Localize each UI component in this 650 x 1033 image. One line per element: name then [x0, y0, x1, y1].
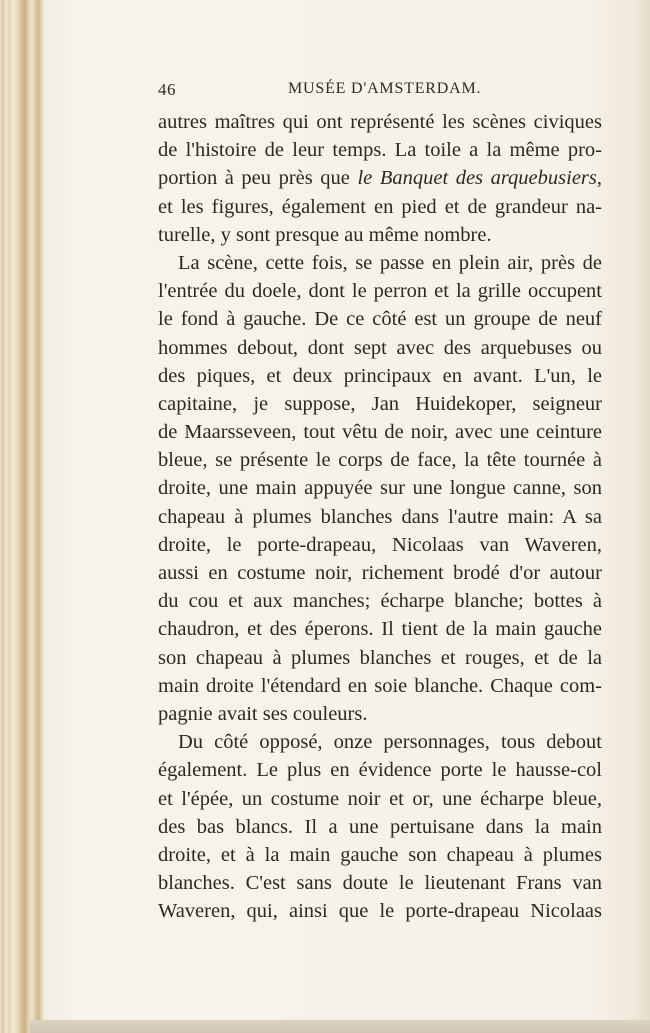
text-line: son chapeau à plumes blanches et rouges,…: [158, 644, 602, 672]
page-bottom-edge: [30, 1020, 650, 1033]
text-line: également. Le plus en évidence porte le …: [158, 756, 602, 784]
text-line: de l'histoire de leur temps. La toile a …: [158, 136, 602, 164]
text-line: main droite l'étendard en soie blanche. …: [158, 672, 602, 700]
text-line: chapeau à plumes blanches dans l'autre m…: [158, 503, 602, 531]
text-line: blanches. C'est sans doute le lieutenant…: [158, 869, 602, 897]
text-line: portion à peu près que le Banquet des ar…: [158, 164, 602, 192]
body-text: autres maîtres qui ont représenté les sc…: [158, 108, 602, 925]
page-header: 46 MUSÉE D'AMSTERDAM.: [158, 80, 602, 104]
text-line: autres maîtres qui ont représenté les sc…: [158, 108, 602, 136]
artwork-title-italic: le Banquet des arquebusiers: [357, 167, 596, 189]
text-line: de Maarsseveen, tout vêtu de noir, avec …: [158, 418, 602, 446]
text-line: hommes debout, dont sept avec des arqueb…: [158, 334, 602, 362]
text-line: chaudron, et des éperons. Il tient de la…: [158, 615, 602, 643]
text-line: des piques, et deux principaux en avant.…: [158, 362, 602, 390]
paragraph-start-line: La scène, cette fois, se passe en plein …: [158, 249, 602, 277]
text-line: et les figures, également en pied et de …: [158, 193, 602, 221]
text-line: l'entrée du doele, dont le perron et la …: [158, 277, 602, 305]
running-head: MUSÉE D'AMSTERDAM.: [288, 80, 481, 98]
text-line: droite, et à la main gauche son chapeau …: [158, 841, 602, 869]
text-segment: ,: [597, 167, 602, 189]
text-line: turelle, y sont presque au même nombre.: [158, 221, 602, 249]
text-line: le fond à gauche. De ce côté est un grou…: [158, 305, 602, 333]
text-line: droite, une main appuyée sur une longue …: [158, 474, 602, 502]
text-line: bleue, se présente le corps de face, la …: [158, 446, 602, 474]
text-line: droite, le porte-drapeau, Nicolaas van W…: [158, 531, 602, 559]
text-line: Waveren, qui, ainsi que le porte-drapeau…: [158, 897, 602, 925]
text-line: capitaine, je suppose, Jan Huidekoper, s…: [158, 390, 602, 418]
page-number: 46: [158, 80, 176, 100]
paragraph-start-line: Du côté opposé, onze personnages, tous d…: [158, 728, 602, 756]
text-line: du cou et aux manches; écharpe blanche; …: [158, 587, 602, 615]
text-line: pagnie avait ses couleurs.: [158, 700, 602, 728]
text-segment: portion à peu près que: [158, 167, 357, 189]
book-page-edges: [0, 0, 48, 1033]
text-line: aussi en costume noir, richement brodé d…: [158, 559, 602, 587]
text-line: et l'épée, un costume noir et or, une éc…: [158, 785, 602, 813]
text-line: des bas blancs. Il a une pertuisane dans…: [158, 813, 602, 841]
